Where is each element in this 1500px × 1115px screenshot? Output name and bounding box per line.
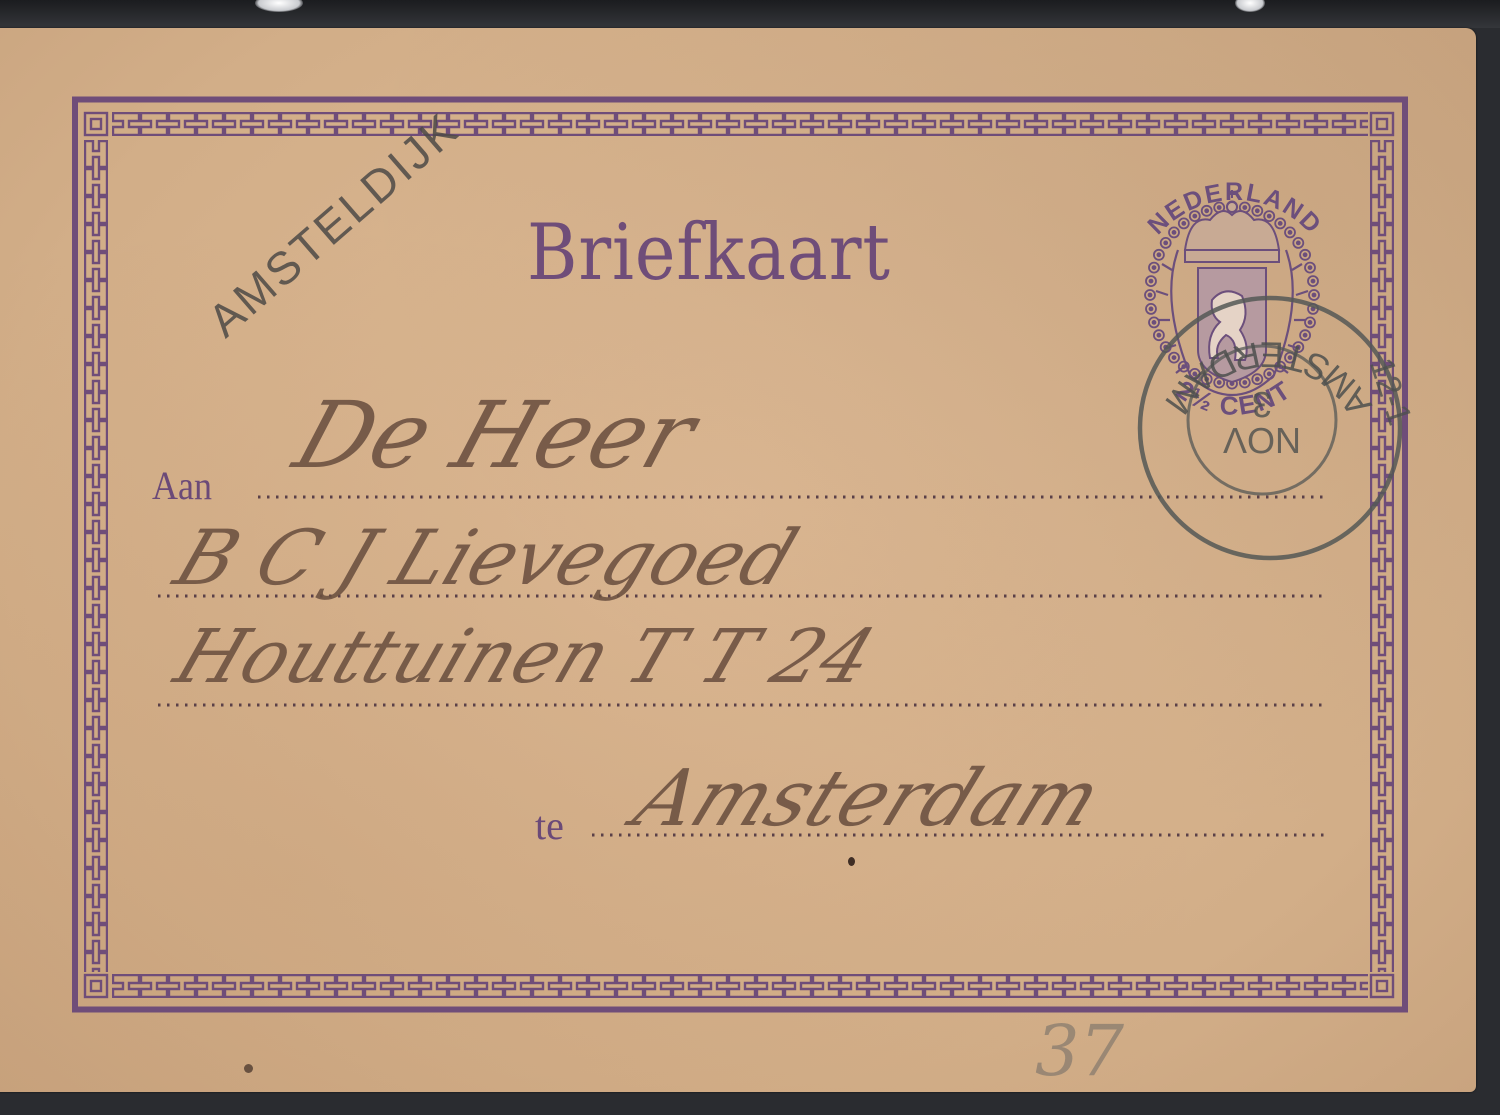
partial-backstamp: 37 [1035,1010,1124,1092]
handwritten-salutation: De Heer [285,390,705,482]
handwritten-name: B C J Lievegoed [166,520,806,596]
handwritten-city: Amsterdam [624,760,1111,838]
postmark-month: NOV [1223,420,1301,461]
handwritten-street: Houttuinen T T 24 [167,620,884,694]
postmark-day: 3 [1252,384,1272,425]
ink-spot [848,857,855,866]
ink-spot [244,1064,253,1073]
